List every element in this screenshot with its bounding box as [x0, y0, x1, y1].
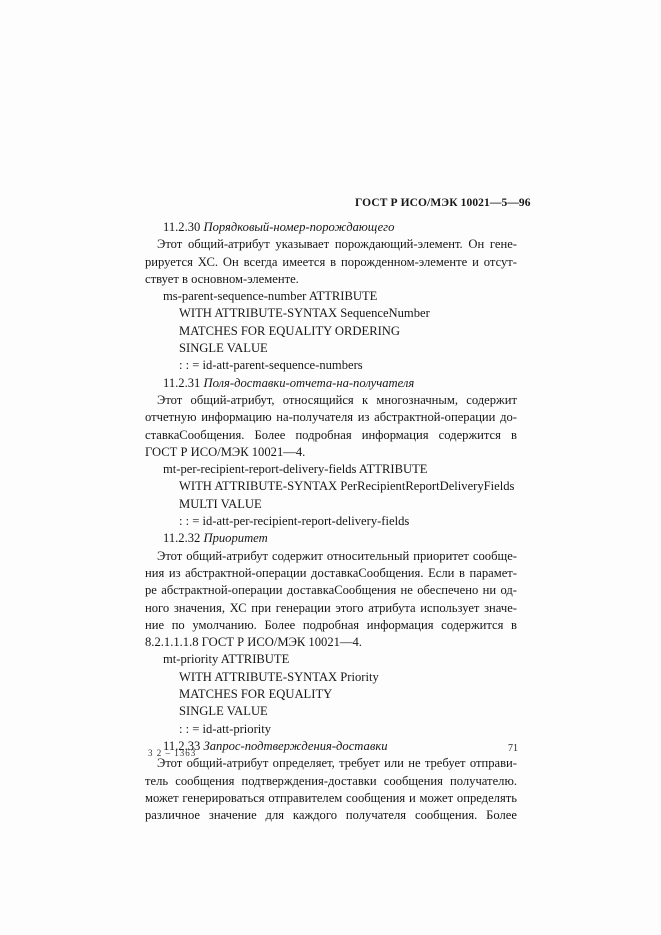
- section-heading: 11.2.30 Порядковый-номер-порождающего: [145, 219, 517, 236]
- section-heading: 11.2.31 Поля-доставки-отчета-на-получате…: [145, 375, 517, 392]
- code-line: mt-priority ATTRIBUTE: [145, 651, 517, 668]
- page-number: 71: [508, 743, 518, 754]
- paragraph-line: ного значения, ХС при генерации этого ат…: [145, 600, 517, 617]
- page-body: 11.2.30 Порядковый-номер-порождающего Эт…: [145, 219, 517, 824]
- document-header: ГОСТ Р ИСО/МЭК 10021—5—96: [355, 197, 531, 209]
- section-heading: 11.2.32 Приоритет: [145, 530, 517, 547]
- paragraph-line: рируется ХС. Он всегда имеется в порожде…: [145, 254, 517, 271]
- paragraph-line: может генерироваться отправителем сообще…: [145, 790, 517, 807]
- paragraph-line: ре абстрактной-операции доставкаСообщени…: [145, 582, 517, 599]
- code-line: ms-parent-sequence-number ATTRIBUTE: [145, 288, 517, 305]
- paragraph-line: ГОСТ Р ИСО/МЭК 10021—4.: [145, 444, 517, 461]
- code-line: : : = id-att-priority: [145, 721, 517, 738]
- paragraph-line: 8.2.1.1.1.8 ГОСТ Р ИСО/МЭК 10021—4.: [145, 634, 517, 651]
- paragraph-line: Этот общий-атрибут, относящийся к многоз…: [145, 392, 517, 409]
- paragraph-line: ния из абстрактной-операции доставкаСооб…: [145, 565, 517, 582]
- paragraph-line: Этот общий-атрибут указывает порождающий…: [145, 236, 517, 253]
- paragraph-line: отчетную информацию на-получателя из абс…: [145, 409, 517, 426]
- code-line: WITH ATTRIBUTE-SYNTAX SequenceNumber: [145, 305, 517, 322]
- paragraph-line: тель сообщения подтверждения-доставки со…: [145, 773, 517, 790]
- code-line: WITH ATTRIBUTE-SYNTAX PerRecipientReport…: [145, 478, 517, 495]
- paragraph-line: ставкаСообщения. Более подробная информа…: [145, 427, 517, 444]
- code-line: MULTI VALUE: [145, 496, 517, 513]
- code-line: MATCHES FOR EQUALITY: [145, 686, 517, 703]
- code-line: WITH ATTRIBUTE-SYNTAX Priority: [145, 669, 517, 686]
- code-line: mt-per-recipient-report-delivery-fields …: [145, 461, 517, 478]
- code-line: : : = id-att-per-recipient-report-delive…: [145, 513, 517, 530]
- code-line: SINGLE VALUE: [145, 340, 517, 357]
- paragraph-line: Этот общий-атрибут содержит относительны…: [145, 548, 517, 565]
- paragraph-line: ствует в основном-элементе.: [145, 271, 517, 288]
- section-heading: 11.2.33 Запрос-подтверждения-доставки: [145, 738, 517, 755]
- paragraph-line: различное значение для каждого получател…: [145, 807, 517, 824]
- paragraph-line: ние по умолчанию. Более подробная информ…: [145, 617, 517, 634]
- footer-print-mark: 3 2 – 1363: [148, 748, 196, 758]
- code-line: : : = id-att-parent-sequence-numbers: [145, 357, 517, 374]
- code-line: SINGLE VALUE: [145, 703, 517, 720]
- code-line: MATCHES FOR EQUALITY ORDERING: [145, 323, 517, 340]
- paragraph-line: Этот общий-атрибут определяет, требует и…: [145, 755, 517, 772]
